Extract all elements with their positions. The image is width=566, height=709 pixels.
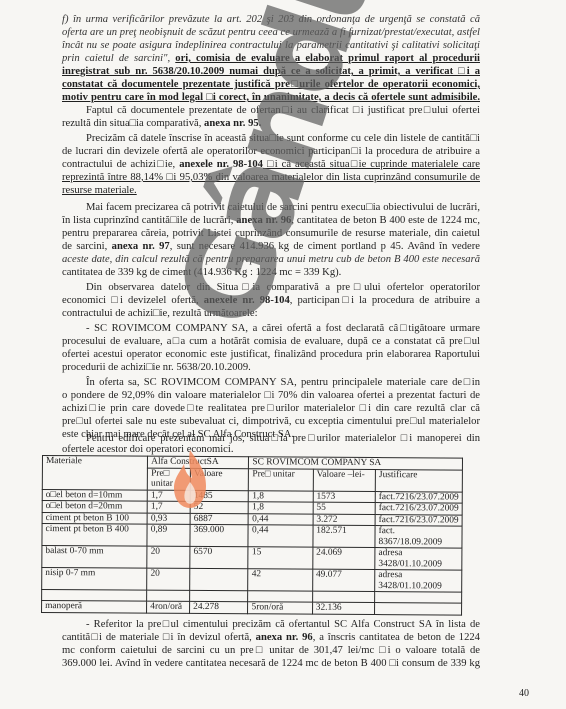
value-c2-cell: 1573 — [313, 491, 375, 503]
value-c1-cell: 369.000 — [190, 524, 249, 546]
header-company2: SC ROVIMCOM COMPANY SA — [249, 457, 463, 470]
header-value-c1: Valoare — [190, 468, 249, 490]
value-c1-cell: 6887 — [190, 513, 248, 525]
unit-price-c2-cell: 5ron/oră — [248, 602, 312, 614]
unit-price-c2-cell: 1,8 — [249, 502, 313, 514]
value-c2-cell: 49.077 — [312, 569, 374, 591]
text-line: de lucrari din devizele ofertă ale opera… — [62, 146, 480, 158]
text-line: aceste date, din calcul rezultă că pentr… — [62, 254, 480, 266]
table-row: balast 0-70 mm2065701524.069adresa 3428/… — [42, 546, 462, 571]
text-line: în lista cuprinzînd cantită□ile de lucră… — [62, 215, 480, 227]
unit-price-c1-cell: 1,7 — [147, 490, 190, 502]
text-line: - SC ROVIMCOM COMPANY SA, a cărei ofertă… — [86, 323, 480, 335]
annex-reference: anexele nr. 98-104 — [204, 295, 290, 306]
bold-underlined-text: ori, comisia de evaluare a elaborat prim… — [175, 53, 480, 64]
text-line: În oferta sa, SC ROVIMCOM COMPANY SA, pe… — [86, 377, 480, 389]
text-span: în lista cuprinzînd cantită□ile de lucră… — [62, 215, 236, 226]
text-line: cantită□i de materiale □i în devizul ofe… — [62, 632, 480, 644]
value-c2-cell: 55 — [313, 502, 375, 514]
unit-price-c2-cell: 0,44 — [248, 525, 312, 547]
text-line: o pondere de 92,09% din valoare material… — [62, 390, 480, 402]
text-span: economici □i devizelel ofertă, — [62, 295, 204, 306]
unit-price-c1-cell — [147, 590, 190, 601]
text-line: 369.000 lei. Avînd în vedere cantitatea … — [62, 658, 480, 670]
justification-cell: fact.7216/23.07.2009 — [375, 514, 462, 526]
text-span: de sarcini, — [62, 241, 112, 252]
text-line: ofertei acestui operator economic este j… — [62, 349, 480, 361]
text-line: procedurii de achizi□ie nr. 5638/20.10.2… — [62, 362, 480, 374]
justification-cell: fact.7216/23.07.2009 — [375, 503, 462, 515]
unit-price-c1-cell: 20 — [147, 568, 190, 590]
table-row: nisip 0-7 mm204249.077adresa 3428/01.10.… — [42, 568, 462, 593]
header-unit-price-c1: Pre□ unitar — [148, 468, 191, 490]
header-justification: Justificare — [375, 469, 462, 492]
justification-cell: fact. 8367/18.09.2009 — [375, 526, 462, 549]
text-line: mc conform caietului de sarcini cu un pr… — [62, 645, 480, 657]
underlined-text: □i că această situa□ie cuprinde material… — [263, 159, 480, 170]
justification-cell — [375, 592, 462, 604]
text-line: Precizăm că datele înscrise în această s… — [86, 133, 480, 145]
text-span: , sunt necesare 414.936 kg de ciment por… — [170, 241, 480, 252]
text-line: achizi□ie prin care dovede□te realitatea… — [62, 403, 480, 415]
value-c2-cell — [312, 591, 374, 602]
annex-reference: anexa nr. 95. — [204, 118, 261, 129]
annex-reference: anexa nr. 96 — [256, 632, 313, 643]
justification-cell — [375, 603, 462, 615]
material-cell: balast 0-70 mm — [42, 546, 147, 569]
value-c1-cell — [190, 590, 248, 601]
unit-price-c1-cell: 4ron/oră — [147, 601, 190, 613]
material-cell: o□el beton d=20mm — [42, 501, 147, 513]
text-line: contractului de achizi□ie, anexele nr. 9… — [62, 159, 480, 171]
header-value-c2: Valoare –lei- — [313, 469, 375, 491]
value-c1-cell — [190, 568, 249, 590]
text-span: contractului de achizi□ie, — [62, 159, 179, 170]
text-line: de sarcini, anexa nr. 97, sunt necesare … — [62, 241, 480, 253]
header-materials: Materiale — [42, 456, 147, 490]
italic-quote-end: prin caietul de sarcini", — [62, 53, 175, 64]
text-line: oferta are un preţ neobişnuit de scăzut … — [62, 27, 480, 39]
unit-price-c1-cell: 20 — [147, 546, 190, 568]
justification-cell: adresa 3428/01.10.2009 — [375, 570, 462, 593]
text-line: ofertele acestor doi operatori economici… — [62, 444, 480, 456]
text-line: prin caietul de sarcini", ori, comisia d… — [62, 53, 480, 65]
unit-price-c2-cell: 42 — [248, 569, 312, 591]
text-line: f) în urma verificărilor prevăzute la ar… — [62, 14, 480, 26]
text-line: pentru prepararea căreia, potrivit Liste… — [62, 228, 480, 240]
text-span: rezultă din situa□ia comparativă, — [62, 118, 204, 129]
text-span: , cantitatea de beton B 400 este de 1224… — [291, 215, 480, 226]
value-c1-cell: 1485 — [190, 490, 248, 502]
justification-cell: adresa 3428/01.10.2009 — [375, 548, 462, 571]
justification-cell: fact.7216/23.07.2009 — [375, 491, 462, 503]
annex-reference: anexa nr. 96 — [236, 215, 291, 226]
header-company1: Alfa ConstructSA — [148, 456, 249, 468]
table-row: ciment pt beton B 4000,89369.0000,44182.… — [42, 524, 462, 549]
value-c1-cell: 52 — [190, 501, 248, 513]
text-line: cantitatea de 339 kg de ciment (414.936 … — [62, 267, 480, 279]
text-span: , participan□i la procedura de atribuire… — [290, 295, 480, 306]
value-c2-cell: 182.571 — [313, 525, 375, 547]
table-header-row: Materiale Alfa ConstructSA SC ROVIMCOM C… — [42, 456, 462, 470]
header-unit-price-c2: Pre□ unitar — [249, 468, 313, 490]
unit-price-c1-cell: 0,93 — [147, 513, 190, 525]
text-line: procesului de evaluare, a□a cum a hotărâ… — [62, 336, 480, 348]
unit-price-c2-cell — [248, 591, 312, 602]
underlined-line: reprezintă între 88,14% □i 95,03% din va… — [62, 172, 480, 184]
value-c2-cell: 32.136 — [312, 602, 374, 614]
underlined-line: resurse materiale. — [62, 185, 480, 197]
text-line: contractului de achizi□ie, rezultă următ… — [62, 308, 480, 320]
text-line: încât nu se poate asigura îndeplinirea c… — [62, 40, 480, 52]
unit-price-c2-cell: 15 — [248, 547, 312, 569]
text-line: Mai facem precizarea că potrivit caietul… — [86, 202, 480, 214]
material-cell: manoperă — [42, 601, 147, 613]
text-line: Din observarea datelor din Situa□ia comp… — [86, 282, 480, 294]
table-row: manoperă4ron/oră24.2785ron/oră32.136 — [42, 601, 462, 615]
value-c1-cell: 6570 — [190, 546, 249, 568]
material-cell: o□el beton d=10mm — [42, 489, 147, 501]
text-line: rezultă din situa□ia comparativă, anexa … — [62, 118, 480, 130]
unit-price-c1-cell: 1,7 — [147, 501, 190, 513]
text-line: - Referitor la pre□ul cimentului preciză… — [86, 619, 480, 631]
bold-underlined-line: inregistrat sub nr. 5638/20.10.2009 numa… — [62, 66, 480, 78]
material-cell — [42, 590, 147, 602]
document-page: f) în urma verificărilor prevăzute la ar… — [0, 0, 566, 709]
value-c2-cell: 3.272 — [313, 514, 375, 526]
material-cell: nisip 0-7 mm — [42, 568, 147, 591]
annex-reference: anexa nr. 97 — [112, 241, 170, 252]
text-span: cantită□i de materiale □i în devizul ofe… — [62, 632, 256, 643]
value-c2-cell: 24.069 — [313, 547, 375, 569]
text-span: , a înscris cantitatea de beton de 1224 — [313, 632, 480, 643]
material-cell: ciment pt beton B 100 — [42, 512, 147, 524]
text-line: Faptul că documentele prezentate de ofer… — [86, 105, 480, 117]
unit-price-c2-cell: 0,44 — [249, 513, 313, 525]
annex-reference: anexele nr. 98-104 — [179, 159, 263, 170]
text-line: economici □i devizelel ofertă, anexele n… — [62, 295, 480, 307]
bold-underlined-line: motiv pentru care în mod legal □i corect… — [62, 92, 480, 104]
text-line: pre□ul ofertei sale nu este subevaluat c… — [62, 416, 480, 428]
material-cell: ciment pt beton B 400 — [42, 524, 147, 547]
bold-underlined-line: constatat că documentele prezentate just… — [62, 79, 480, 91]
value-c1-cell: 24.278 — [190, 601, 248, 613]
unit-price-c2-cell: 1,8 — [249, 490, 313, 502]
price-comparison-table: Materiale Alfa ConstructSA SC ROVIMCOM C… — [41, 455, 463, 615]
page-number: 40 — [519, 688, 529, 699]
unit-price-c1-cell: 0,89 — [147, 524, 190, 546]
